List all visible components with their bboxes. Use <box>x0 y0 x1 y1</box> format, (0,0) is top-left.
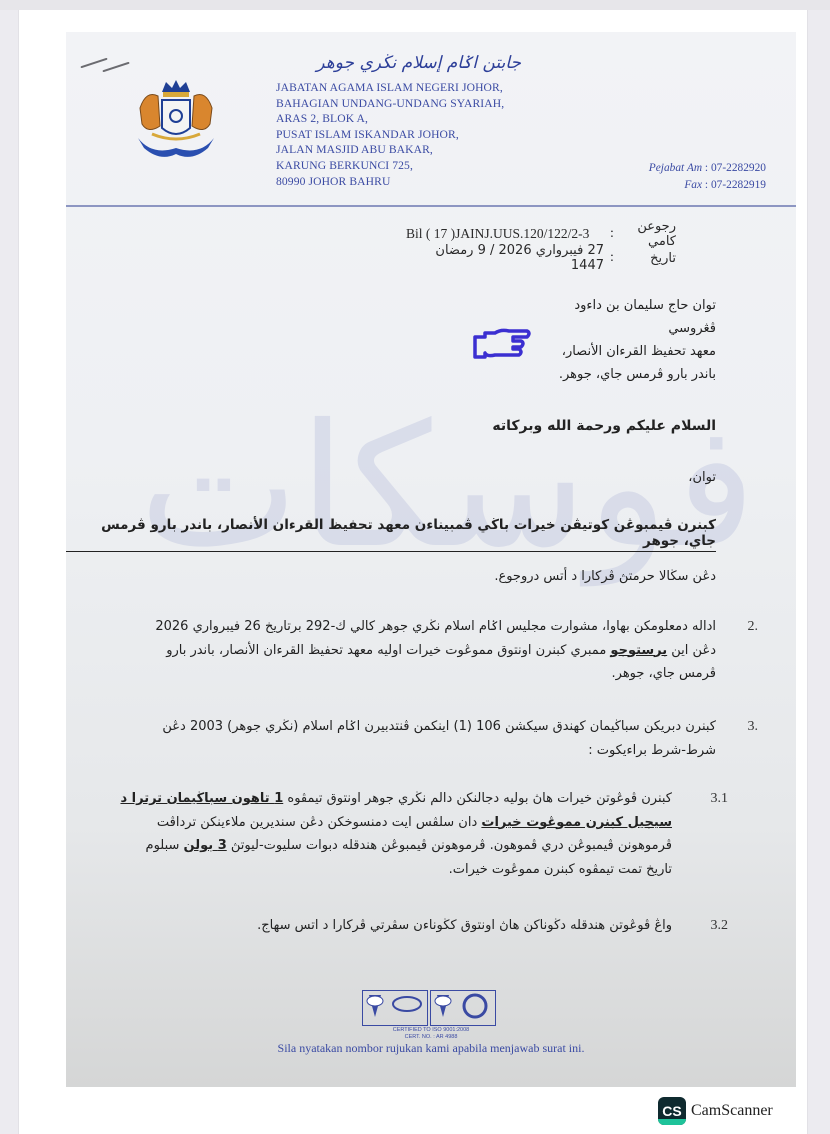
page-canvas: فوسكات جابتن اݢام إسلام نڬري جوهر JABATA… <box>18 10 808 1134</box>
letter-subject: كبنرن ڤيمبوڠن كوتيڤن خيرات باڬي ڤمبيناءن… <box>66 517 716 552</box>
fax-number: 07-2282919 <box>711 179 766 191</box>
office-label: Pejabat Am <box>649 162 702 174</box>
camscanner-badge: CS CamScanner <box>658 1097 773 1125</box>
sirim-logo-box <box>362 990 428 1026</box>
paragraph-2: 2. اداله دمعلومكن بهاوا، مشوارت مجليس اݢ… <box>136 615 716 686</box>
fax-label: Fax <box>684 179 702 191</box>
header-divider <box>66 205 796 207</box>
reference-block: Bil ( 17 )JAINJ.UUS.120/122/2-3 : رجوعن … <box>406 222 676 270</box>
paragraph-number: 3. <box>748 715 759 739</box>
viewer-top-bar <box>0 0 830 10</box>
address-line: BAHAGIAN UNDANG-UNDANG SYARIAH, <box>276 96 504 112</box>
footer-note: Sila nyatakan nombor rujukan kami apabil… <box>66 1041 796 1056</box>
camscanner-logo-icon: CS <box>658 1097 686 1125</box>
renewal-emphasis: 3 بولن <box>184 838 227 853</box>
salutation: توان، <box>688 470 716 485</box>
certification-text: CERTIFIED TO ISO 9001:2008 CERT. NO. : A… <box>326 1027 536 1041</box>
office-number: 07-2282920 <box>711 162 766 174</box>
date-label: تاريخ <box>620 251 676 266</box>
address-line: PUSAT ISLAM ISKANDAR JOHOR, <box>276 127 504 143</box>
recipient-line: باندر بارو ڤرمس جاي، جوهر. <box>436 363 716 386</box>
letterhead-address: JABATAN AGAMA ISLAM NEGERI JOHOR, BAHAGI… <box>276 80 504 189</box>
pen-mark <box>102 62 129 73</box>
paragraph-number: 2. <box>748 615 759 639</box>
address-line: 80990 JOHOR BAHRU <box>276 174 504 190</box>
paragraph-3-2: 3.2 واڠ ڤوڠوتن هندقله دڬوناكن هاڽ اونتوق… <box>117 914 672 938</box>
paragraph-number: 3.1 <box>711 787 729 811</box>
camscanner-name: CamScanner <box>691 1102 773 1120</box>
opening-line: دڠن سڬالا حرمتڽ ڤركارا د أتس دروجوع. <box>116 569 716 584</box>
recipient-line: توان حاج سليمان بن داءود <box>436 294 716 317</box>
letterhead-contact: Pejabat Am : 07-2282920 Fax : 07-2282919 <box>649 160 766 194</box>
pointing-hand-stamp-icon <box>471 327 533 361</box>
reference-label: رجوعن كامي <box>620 219 676 249</box>
address-line: JABATAN AGAMA ISLAM NEGERI JOHOR, <box>276 80 504 96</box>
iqnet-logo-box <box>430 990 496 1026</box>
paragraph-3-1: 3.1 كبنرن ڤوڠوتن خيرات هاڽ بوليه دجالنكن… <box>117 787 672 881</box>
johor-crest-icon <box>132 78 220 162</box>
paragraph-number: 3.2 <box>711 914 729 938</box>
reference-number: Bil ( 17 )JAINJ.UUS.120/122/2-3 <box>406 226 604 242</box>
certification-logos <box>362 990 502 1026</box>
approval-emphasis: برستوجو <box>610 643 667 658</box>
address-line: ARAS 2, BLOK A, <box>276 111 504 127</box>
letter-date: 27 فيبرواري 2026 / 9 رمضان 1447 <box>406 243 604 273</box>
pen-mark <box>80 58 107 69</box>
date-row: 27 فيبرواري 2026 / 9 رمضان 1447 : تاريخ <box>406 246 676 270</box>
scanned-document: فوسكات جابتن اݢام إسلام نڬري جوهر JABATA… <box>66 32 796 1087</box>
greeting: السلام عليكم ورحمة الله وبركاته <box>492 418 716 434</box>
address-line: JALAN MASJID ABU BAKAR, <box>276 142 504 158</box>
address-line: KARUNG BERKUNCI 725, <box>276 158 504 174</box>
department-name-jawi: جابتن اݢام إسلام نڬري جوهر <box>276 52 521 73</box>
paragraph-3: 3. كبنرن دبريكن سباڬيمان كهندق سيكشن 106… <box>136 715 716 762</box>
